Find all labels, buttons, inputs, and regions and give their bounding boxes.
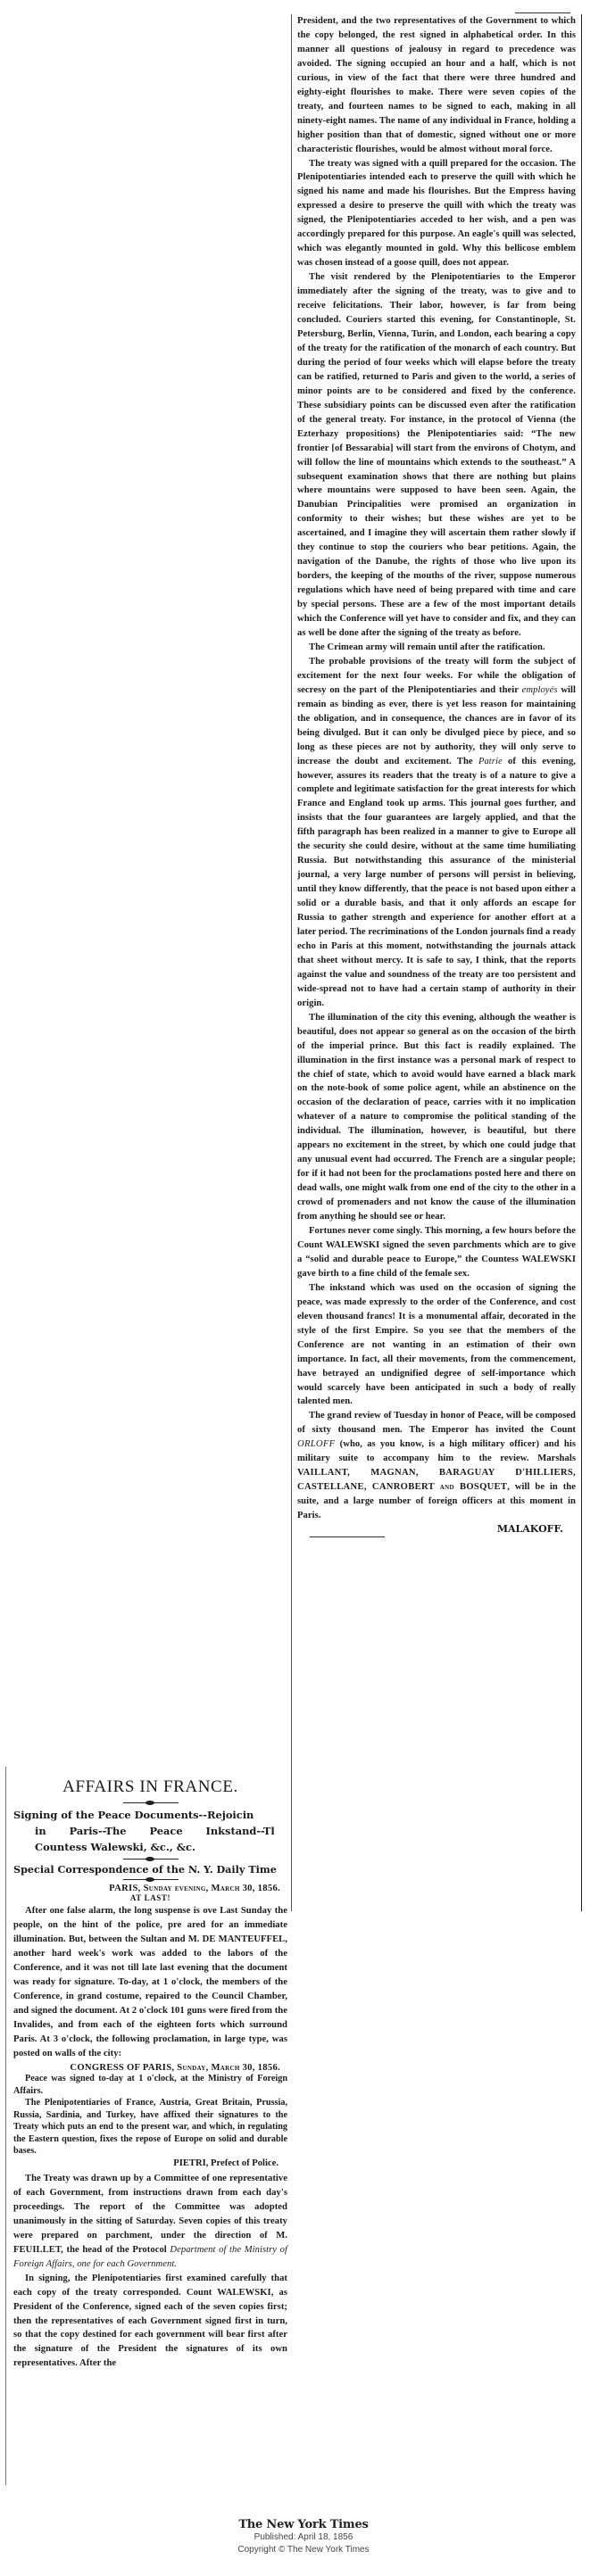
italic-employes: employés <box>522 685 558 695</box>
paragraph-probable-provisions: The probable provisions of the treaty wi… <box>297 655 576 1011</box>
subheadline-line-3: Countess Walewski, &c., &c. <box>13 1839 287 1855</box>
proclamation-paragraph-1: Peace was signed to-day at 1 o'clock, at… <box>13 2073 287 2097</box>
name-orloff: ORLOFF <box>297 1439 335 1449</box>
dateline: PARIS, Sunday evening, March 30, 1856. <box>13 1884 280 1893</box>
ornament-dash <box>123 1879 179 1880</box>
copyright-notice: Copyright © The New York Times <box>0 2544 607 2556</box>
proclamation-paragraph-2: The Plenipotentiaries of France, Austria… <box>13 2097 287 2158</box>
page-footer: The New York Times Published: April 18, … <box>0 2518 607 2556</box>
headline: AFFAIRS IN FRANCE. <box>13 1777 287 1797</box>
paragraph-visit-emperor: The visit rendered by the Plenipotentiar… <box>297 270 576 641</box>
subheadline-line-1: Signing of the Peace Documents--Rejoicin <box>13 1807 287 1823</box>
ornament-dash <box>123 1859 179 1860</box>
paragraph-inkstand: The inkstand which was used on the occas… <box>297 1281 576 1410</box>
subheadline-line-2: in Paris--The Peace Inkstand--Tl <box>13 1823 287 1839</box>
kicker: AT LAST! <box>13 1893 287 1902</box>
paragraph-grand-review: The grand review of Tuesday in honor of … <box>297 1409 576 1523</box>
nyt-logo: The New York Times <box>0 2518 607 2531</box>
sign-off: MALAKOFF. <box>297 1523 576 1535</box>
paragraph-signing: In signing, the Plenipotentiaries first … <box>13 2272 287 2372</box>
author-signature: MALAKOFF. <box>497 1523 563 1535</box>
paragraph-quill: The treaty was signed with a quill prepa… <box>297 157 576 271</box>
published-date: Published: April 18, 1856 <box>0 2531 607 2544</box>
paragraph-crimean-army: The Crimean army will remain until after… <box>297 641 576 655</box>
paragraph-countess: Fortunes never come singly. This morning… <box>297 1224 576 1281</box>
article-column-right: President, and the two representatives o… <box>291 14 582 1911</box>
paragraph-treaty-drawn: The Treaty was drawn up by a Committee o… <box>13 2172 287 2272</box>
paragraph-opening: After one false alarm, the long suspense… <box>13 1904 287 2060</box>
end-rule <box>310 1536 385 1537</box>
proclamation-heading: CONGRESS OF PARIS, Sunday, March 30, 185… <box>13 2063 280 2073</box>
italic-patrie: Patrie <box>478 757 503 766</box>
proclamation-signature: PIETRI, Prefect of Police. <box>13 2158 279 2168</box>
ornament-dash <box>123 1802 179 1803</box>
correspondence-line: Special Correspondence of the N. Y. Dail… <box>13 1863 287 1876</box>
paragraph-illumination: The illumination of the city this evenin… <box>297 1011 576 1224</box>
column-top-rule <box>515 12 570 13</box>
article-column-left: AFFAIRS IN FRANCE. Signing of the Peace … <box>5 1767 291 2485</box>
paragraph-signing-order: President, and the two representatives o… <box>297 14 576 157</box>
